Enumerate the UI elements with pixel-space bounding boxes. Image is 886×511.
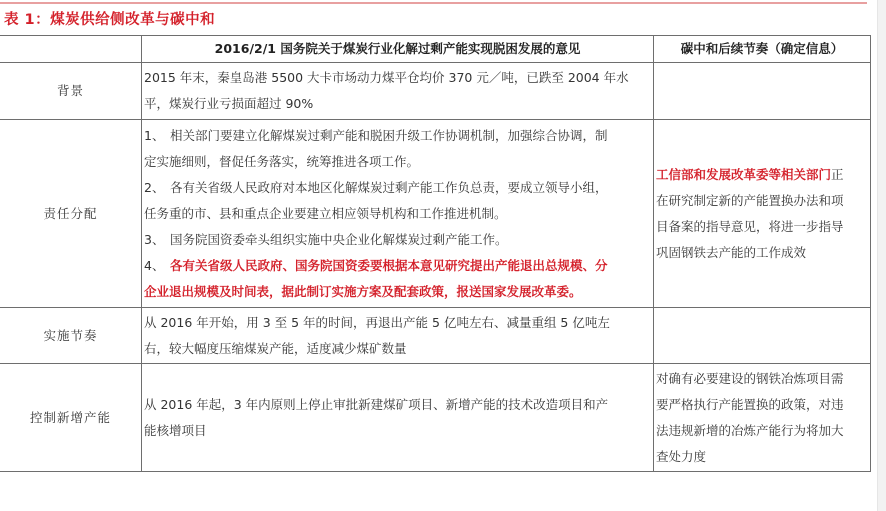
row-label: 控制新增产能 xyxy=(0,364,142,472)
carbon-line: 查处力度 xyxy=(656,444,868,470)
item-number: 2、 xyxy=(144,175,170,201)
policy-cell: 2015 年末，秦皇岛港 5500 大卡市场动力煤平仓均价 370 元／吨，已跌… xyxy=(142,63,654,120)
table-row-responsibility: 责任分配 1、相关部门要建立化解煤炭过剩产能和脱困升级工作协调机制，加强综合协调… xyxy=(0,120,871,308)
item-number: 3、 xyxy=(144,227,170,253)
policy-cell: 从 2016 年开始，用 3 至 5 年的时间，再退出产能 5 亿吨左右、减量重… xyxy=(142,308,654,364)
carbon-line: 目备案的指导意见，将进一步指导 xyxy=(656,214,868,240)
policy-line: 从 2016 年起，3 年内原则上停止审批新建煤矿项目、新增产能的技术改造项目和… xyxy=(144,392,651,418)
policy-item-1: 1、相关部门要建立化解煤炭过剩产能和脱困升级工作协调机制，加强综合协调，制 xyxy=(144,123,651,149)
item-text: 相关部门要建立化解煤炭过剩产能和脱困升级工作协调机制，加强综合协调，制 xyxy=(170,128,608,143)
policy-item-4: 4、各有关省级人民政府、国务院国资委要根据本意见研究提出产能退出总规模、分 xyxy=(144,253,651,279)
policy-cell: 1、相关部门要建立化解煤炭过剩产能和脱困升级工作协调机制，加强综合协调，制 定实… xyxy=(142,120,654,308)
policy-line: 平，煤炭行业亏损面超过 90% xyxy=(144,91,651,117)
top-divider xyxy=(0,2,867,4)
row-label: 背景 xyxy=(0,63,142,120)
row-label: 责任分配 xyxy=(0,120,142,308)
carbon-text: 正 xyxy=(831,167,844,182)
table-row-pace: 实施节奏 从 2016 年开始，用 3 至 5 年的时间，再退出产能 5 亿吨左… xyxy=(0,308,871,364)
table-row-control-capacity: 控制新增产能 从 2016 年起，3 年内原则上停止审批新建煤矿项目、新增产能的… xyxy=(0,364,871,472)
policy-line: 从 2016 年开始，用 3 至 5 年的时间，再退出产能 5 亿吨左右、减量重… xyxy=(144,310,651,336)
item-text-highlight: 各有关省级人民政府、国务院国资委要根据本意见研究提出产能退出总规模、分 xyxy=(170,258,608,273)
carbon-cell: 工信部和发展改革委等相关部门正 在研究制定新的产能置换办法和项 目备案的指导意见… xyxy=(654,120,871,308)
policy-item-4-cont: 企业退出规模及时间表，据此制订实施方案及配套政策，报送国家发展改革委。 xyxy=(144,279,651,305)
carbon-cell xyxy=(654,308,871,364)
policy-item-2: 2、各有关省级人民政府对本地区化解煤炭过剩产能工作负总责，要成立领导小组， xyxy=(144,175,651,201)
header-policy: 2016/2/1 国务院关于煤炭行业化解过剩产能实现脱困发展的意见 xyxy=(142,36,654,63)
carbon-line: 工信部和发展改革委等相关部门正 xyxy=(656,162,868,188)
carbon-line: 对确有必要建设的钢铁冶炼项目需 xyxy=(656,366,868,392)
carbon-line: 在研究制定新的产能置换办法和项 xyxy=(656,188,868,214)
policy-item-1-cont: 定实施细则，督促任务落实，统筹推进各项工作。 xyxy=(144,149,651,175)
carbon-line: 巩固钢铁去产能的工作成效 xyxy=(656,240,868,266)
table-title: 表 1：煤炭供给侧改革与碳中和 xyxy=(4,8,215,29)
policy-item-2-cont: 任务重的市、县和重点企业要建立相应领导机构和工作推进机制。 xyxy=(144,201,651,227)
table-row-background: 背景 2015 年末，秦皇岛港 5500 大卡市场动力煤平仓均价 370 元／吨… xyxy=(0,63,871,120)
row-label: 实施节奏 xyxy=(0,308,142,364)
policy-line: 2015 年末，秦皇岛港 5500 大卡市场动力煤平仓均价 370 元／吨，已跌… xyxy=(144,65,651,91)
policy-cell: 从 2016 年起，3 年内原则上停止审批新建煤矿项目、新增产能的技术改造项目和… xyxy=(142,364,654,472)
carbon-line: 要严格执行产能置换的政策，对违 xyxy=(656,392,868,418)
item-text: 各有关省级人民政府对本地区化解煤炭过剩产能工作负总责，要成立领导小组， xyxy=(170,180,608,195)
header-carbon: 碳中和后续节奏（确定信息） xyxy=(654,36,871,63)
item-number: 1、 xyxy=(144,123,170,149)
carbon-cell: 对确有必要建设的钢铁冶炼项目需 要严格执行产能置换的政策，对违 法违规新增的冶炼… xyxy=(654,364,871,472)
policy-item-3: 3、国务院国资委牵头组织实施中央企业化解煤炭过剩产能工作。 xyxy=(144,227,651,253)
policy-line: 右，较大幅度压缩煤炭产能，适度减少煤矿数量 xyxy=(144,336,651,362)
policy-comparison-table: 2016/2/1 国务院关于煤炭行业化解过剩产能实现脱困发展的意见 碳中和后续节… xyxy=(0,35,871,472)
item-text: 国务院国资委牵头组织实施中央企业化解煤炭过剩产能工作。 xyxy=(170,232,508,247)
table-header-row: 2016/2/1 国务院关于煤炭行业化解过剩产能实现脱困发展的意见 碳中和后续节… xyxy=(0,36,871,63)
item-number: 4、 xyxy=(144,253,170,279)
carbon-highlight: 工信部和发展改革委等相关部门 xyxy=(656,167,831,182)
scrollbar-track[interactable] xyxy=(877,0,886,511)
policy-line: 能核增项目 xyxy=(144,418,651,444)
header-blank xyxy=(0,36,142,63)
carbon-cell xyxy=(654,63,871,120)
carbon-line: 法违规新增的冶炼产能行为将加大 xyxy=(656,418,868,444)
